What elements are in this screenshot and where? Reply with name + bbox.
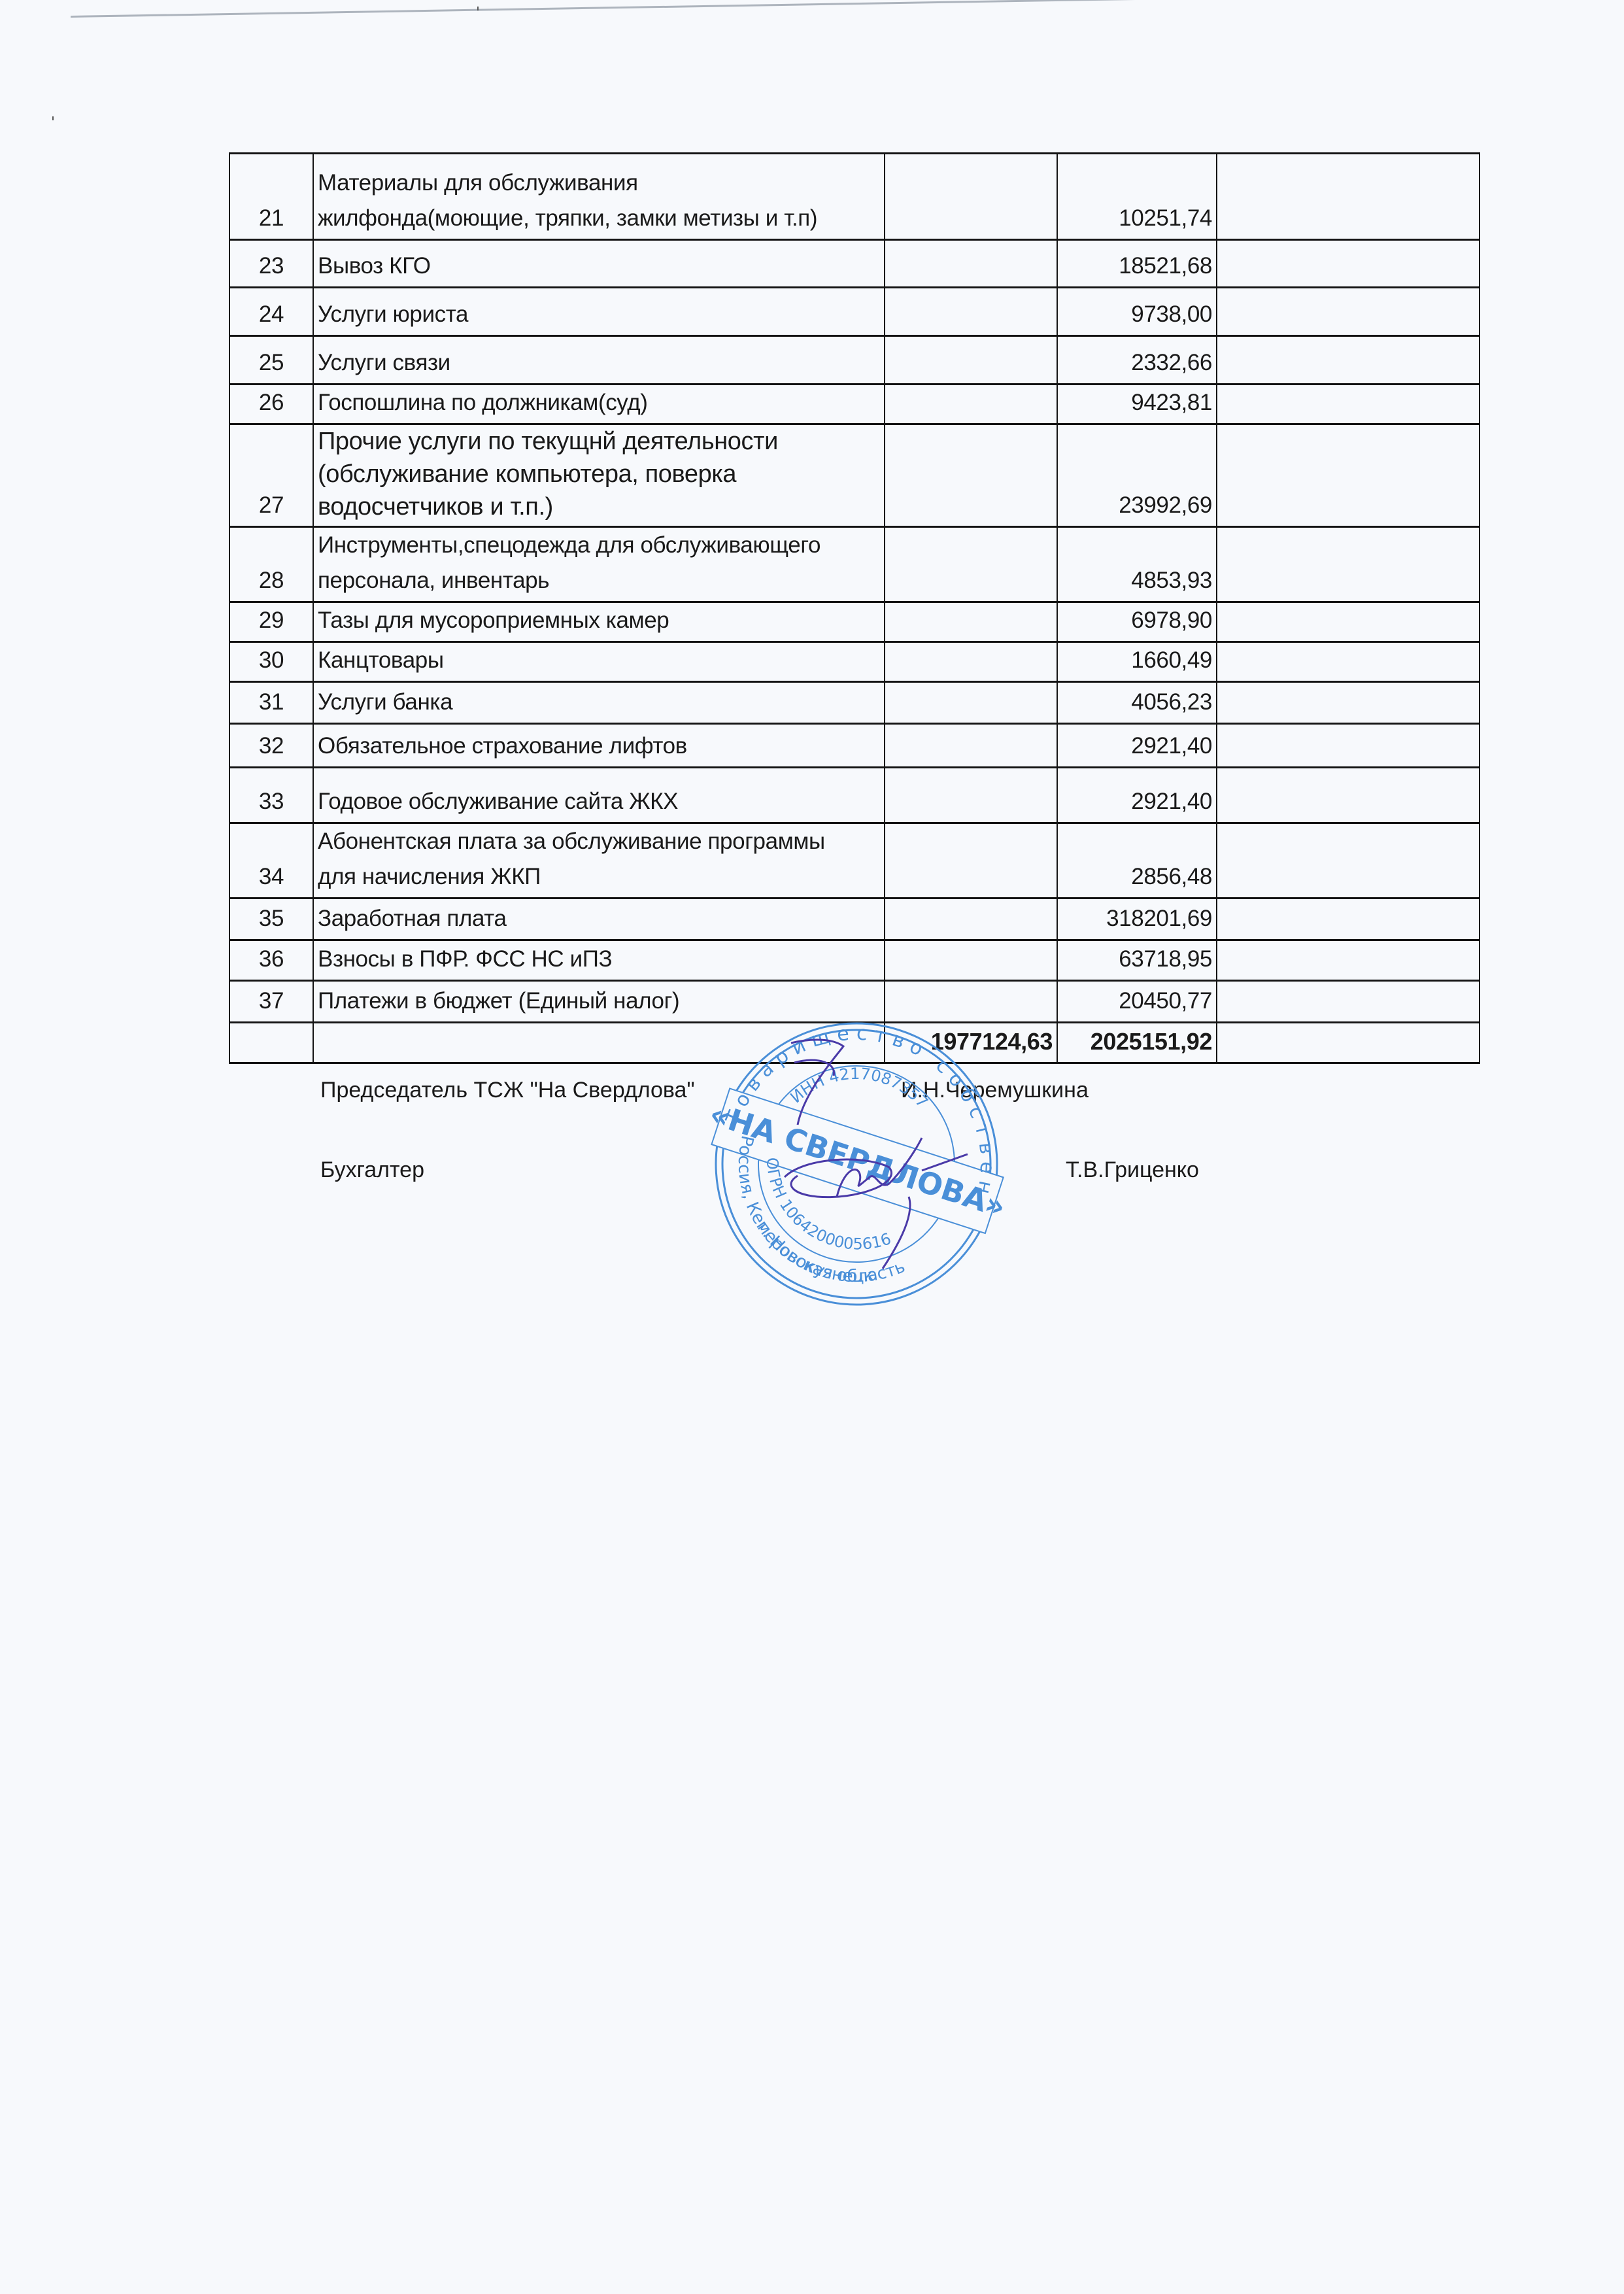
stamp-center: «НА СВЕРДЛОВА» <box>705 1096 1010 1225</box>
description-line: для начисления ЖКП <box>318 859 880 895</box>
stamp-city: г. Новокузнецк <box>745 1215 885 1297</box>
total-row: 1977124,632025151,92 <box>229 1023 1480 1063</box>
row-amount: 18521,68 <box>1057 240 1217 288</box>
row-col3-value <box>885 682 1057 724</box>
chairman-title: Председатель ТСЖ "На Свердлова" <box>320 1078 695 1103</box>
row-description: Платежи в бюджет (Единый налог) <box>313 981 885 1023</box>
row-col3-value <box>885 823 1057 899</box>
row-amount: 23992,69 <box>1057 424 1217 527</box>
row-col3-value <box>885 981 1057 1023</box>
row-amount: 1660,49 <box>1057 642 1217 682</box>
description-line: Госпошлина по должникам(суд) <box>318 385 880 420</box>
row-amount: 9423,81 <box>1057 385 1217 424</box>
description-line: Заработная плата <box>318 901 880 936</box>
row-col3-value <box>885 385 1057 424</box>
total-label <box>313 1023 885 1063</box>
row-col3-value <box>885 240 1057 288</box>
accountant-title: Бухгалтер <box>320 1157 424 1183</box>
description-line: Прочие услуги по текущнй деятельности <box>318 425 880 458</box>
row-number: 34 <box>229 823 313 899</box>
row-col5-value <box>1217 602 1480 642</box>
row-col5-value <box>1217 385 1480 424</box>
svg-text:г. Новокузнецк: г. Новокузнецк <box>745 1215 885 1297</box>
total-num <box>229 1023 313 1063</box>
table-row: 32Обязательное страхование лифтов2921,40 <box>229 724 1480 768</box>
row-number: 23 <box>229 240 313 288</box>
row-number: 36 <box>229 940 313 981</box>
row-amount: 318201,69 <box>1057 899 1217 940</box>
row-number: 33 <box>229 768 313 823</box>
row-description: Взносы в ПФР. ФСС НС иПЗ <box>313 940 885 981</box>
row-description: Прочие услуги по текущнй деятельности(об… <box>313 424 885 527</box>
row-description: Материалы для обслуживанияжилфонда(моющи… <box>313 154 885 240</box>
scan-edge-line <box>71 0 1624 18</box>
description-line: Обязательное страхование лифтов <box>318 728 880 764</box>
total-col3: 1977124,63 <box>885 1023 1057 1063</box>
table-row: 23Вывоз КГО18521,68 <box>229 240 1480 288</box>
accountant-name: Т.В.Гриценко <box>1066 1157 1199 1183</box>
description-line: Абонентская плата за обслуживание програ… <box>318 824 880 859</box>
row-number: 27 <box>229 424 313 527</box>
row-number: 30 <box>229 642 313 682</box>
row-description: Тазы для мусороприемных камер <box>313 602 885 642</box>
scan-speck <box>52 116 54 120</box>
row-description: Инструменты,спецодежда для обслуживающег… <box>313 527 885 602</box>
row-col3-value <box>885 724 1057 768</box>
row-col5-value <box>1217 642 1480 682</box>
description-line: Вывоз КГО <box>318 248 880 284</box>
row-description: Канцтовары <box>313 642 885 682</box>
row-col5-value <box>1217 981 1480 1023</box>
row-col5-value <box>1217 682 1480 724</box>
row-amount: 2921,40 <box>1057 724 1217 768</box>
row-col3-value <box>885 424 1057 527</box>
row-amount: 63718,95 <box>1057 940 1217 981</box>
description-line: жилфонда(моющие, тряпки, замки метизы и … <box>318 201 880 236</box>
row-col5-value <box>1217 288 1480 336</box>
row-amount: 9738,00 <box>1057 288 1217 336</box>
table-row: 25Услуги связи2332,66 <box>229 336 1480 385</box>
description-line: персонала, инвентарь <box>318 563 880 598</box>
row-description: Вывоз КГО <box>313 240 885 288</box>
description-line: Платежи в бюджет (Единый налог) <box>318 984 880 1019</box>
description-line: Инструменты,спецодежда для обслуживающег… <box>318 528 880 563</box>
table-row: 24Услуги юриста9738,00 <box>229 288 1480 336</box>
row-col3-value <box>885 768 1057 823</box>
row-col5-value <box>1217 424 1480 527</box>
table-row: 37Платежи в бюджет (Единый налог)20450,7… <box>229 981 1480 1023</box>
row-amount: 10251,74 <box>1057 154 1217 240</box>
description-line: Услуги банка <box>318 685 880 720</box>
row-description: Услуги юриста <box>313 288 885 336</box>
description-line: Годовое обслуживание сайта ЖКХ <box>318 784 880 819</box>
row-col5-value <box>1217 527 1480 602</box>
table-row: 36Взносы в ПФР. ФСС НС иПЗ63718,95 <box>229 940 1480 981</box>
table-row: 30Канцтовары1660,49 <box>229 642 1480 682</box>
row-description: Госпошлина по должникам(суд) <box>313 385 885 424</box>
stamp-region: Россия, Кемеровская область <box>703 1132 934 1307</box>
row-col3-value <box>885 602 1057 642</box>
row-amount: 20450,77 <box>1057 981 1217 1023</box>
row-col5-value <box>1217 336 1480 385</box>
table-row: 35Заработная плата318201,69 <box>229 899 1480 940</box>
chairman-name: И.Н.Черемушкина <box>901 1078 1089 1103</box>
row-number: 35 <box>229 899 313 940</box>
row-col5-value <box>1217 899 1480 940</box>
row-amount: 4853,93 <box>1057 527 1217 602</box>
description-line: Канцтовары <box>318 643 880 678</box>
row-number: 21 <box>229 154 313 240</box>
row-number: 28 <box>229 527 313 602</box>
row-amount: 4056,23 <box>1057 682 1217 724</box>
row-amount: 6978,90 <box>1057 602 1217 642</box>
svg-text:Россия, Кемеровская область: Россия, Кемеровская область <box>703 1132 934 1307</box>
table-row: 27Прочие услуги по текущнй деятельности(… <box>229 424 1480 527</box>
row-col5-value <box>1217 154 1480 240</box>
row-number: 26 <box>229 385 313 424</box>
row-number: 32 <box>229 724 313 768</box>
svg-text:ОГРН 1064200005616: ОГРН 1064200005616 <box>743 1152 909 1267</box>
row-amount: 2921,40 <box>1057 768 1217 823</box>
row-number: 29 <box>229 602 313 642</box>
row-description: Услуги связи <box>313 336 885 385</box>
description-line: Услуги юриста <box>318 297 880 332</box>
row-description: Абонентская плата за обслуживание програ… <box>313 823 885 899</box>
row-col3-value <box>885 899 1057 940</box>
description-line: Материалы для обслуживания <box>318 165 880 201</box>
table-row: 26Госпошлина по должникам(суд)9423,81 <box>229 385 1480 424</box>
row-col5-value <box>1217 724 1480 768</box>
row-col3-value <box>885 288 1057 336</box>
description-line: Взносы в ПФР. ФСС НС иПЗ <box>318 942 880 977</box>
row-description: Обязательное страхование лифтов <box>313 724 885 768</box>
row-number: 25 <box>229 336 313 385</box>
scan-speck <box>477 7 479 10</box>
row-amount: 2856,48 <box>1057 823 1217 899</box>
row-amount: 2332,66 <box>1057 336 1217 385</box>
handwritten-signature <box>785 1040 968 1269</box>
row-col3-value <box>885 336 1057 385</box>
total-col5 <box>1217 1023 1480 1063</box>
description-line: водосчетчиков и т.п.) <box>318 490 880 523</box>
row-description: Заработная плата <box>313 899 885 940</box>
row-col3-value <box>885 154 1057 240</box>
row-col5-value <box>1217 823 1480 899</box>
table-row: 31Услуги банка4056,23 <box>229 682 1480 724</box>
table-row: 34Абонентская плата за обслуживание прог… <box>229 823 1480 899</box>
total-amount: 2025151,92 <box>1057 1023 1217 1063</box>
description-line: Услуги связи <box>318 345 880 381</box>
row-number: 31 <box>229 682 313 724</box>
row-col5-value <box>1217 940 1480 981</box>
stamp-ogrn: ОГРН 1064200005616 <box>743 1152 909 1267</box>
description-line: (обслуживание компьютера, поверка <box>318 458 880 490</box>
row-description: Услуги банка <box>313 682 885 724</box>
row-col5-value <box>1217 768 1480 823</box>
table-row: 29Тазы для мусороприемных камер6978,90 <box>229 602 1480 642</box>
table-row: 33Годовое обслуживание сайта ЖКХ2921,40 <box>229 768 1480 823</box>
table-row: 21Материалы для обслуживанияжилфонда(мою… <box>229 154 1480 240</box>
description-line: Тазы для мусороприемных камер <box>318 603 880 638</box>
row-description: Годовое обслуживание сайта ЖКХ <box>313 768 885 823</box>
expense-table: 21Материалы для обслуживанияжилфонда(мою… <box>229 152 1480 1064</box>
row-col3-value <box>885 527 1057 602</box>
row-col3-value <box>885 642 1057 682</box>
row-number: 37 <box>229 981 313 1023</box>
row-col3-value <box>885 940 1057 981</box>
row-number: 24 <box>229 288 313 336</box>
row-col5-value <box>1217 240 1480 288</box>
table-row: 28Инструменты,спецодежда для обслуживающ… <box>229 527 1480 602</box>
